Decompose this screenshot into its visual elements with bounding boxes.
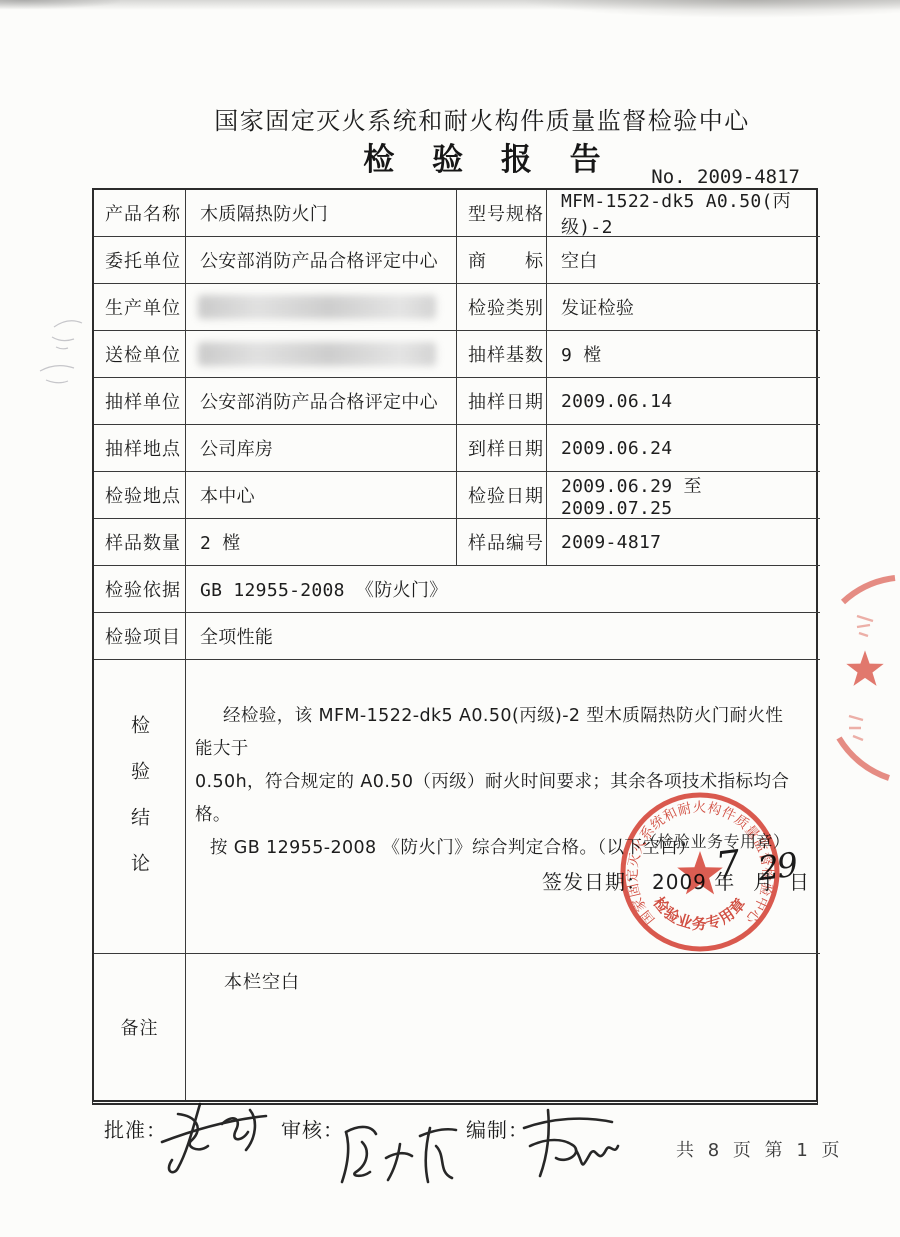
row-label2: 到样日期 — [457, 425, 547, 472]
row-label2: 抽样基数 — [457, 331, 547, 378]
stamp-bottom-text: 检验业务专用章 — [650, 894, 750, 934]
row-value2: MFM-1522-dk5 A0.50(丙级)-2 — [547, 190, 820, 237]
remark-content: 本栏空白 — [186, 954, 820, 1100]
row-value2: 9 樘 — [547, 331, 820, 378]
table-row-manufacturer: 生产单位 检验类别 发证检验 — [94, 284, 816, 331]
edge-stamp-fragment — [833, 570, 900, 790]
edge-stamp-star-icon — [846, 650, 883, 686]
redacted-blur — [198, 342, 436, 366]
conclusion-label-cell: 检验结论 — [94, 660, 186, 954]
conclusion-label: 检验结论 — [126, 715, 153, 899]
row-label: 检验地点 — [94, 472, 186, 519]
row-label: 委托单位 — [94, 237, 186, 284]
row-label2: 样品编号 — [457, 519, 547, 566]
remark-value: 本栏空白 — [186, 954, 300, 994]
svg-text:检验业务专用章: 检验业务专用章 — [650, 894, 750, 934]
remark-label-cell: 备注 — [94, 954, 186, 1100]
row-value: 公安部消防产品合格评定中心 — [186, 378, 457, 425]
table-row-client: 委托单位 公安部消防产品合格评定中心 商 标 空白 — [94, 237, 816, 284]
redacted-blur — [198, 295, 436, 319]
table-row-product: 产品名称 木质隔热防火门 型号规格 MFM-1522-dk5 A0.50(丙级)… — [94, 190, 816, 237]
row-label: 生产单位 — [94, 284, 186, 331]
row-value: 2 樘 — [186, 519, 457, 566]
review-signature — [338, 1120, 464, 1194]
row-label: 样品数量 — [94, 519, 186, 566]
row-value: GB 12955-2008 《防火门》 — [186, 566, 820, 613]
row-value: 木质隔热防火门 — [186, 190, 457, 237]
table-row-test-items: 检验项目 全项性能 — [94, 613, 816, 660]
table-row-test-basis: 检验依据 GB 12955-2008 《防火门》 — [94, 566, 816, 613]
page-info: 共 8 页 第 1 页 — [676, 1136, 844, 1162]
row-label: 送检单位 — [94, 331, 186, 378]
row-value2: 2009.06.24 — [547, 425, 820, 472]
row-label: 检验项目 — [94, 613, 186, 660]
report-number: No. 2009-4817 — [0, 166, 800, 188]
inspection-report-page: 国家固定灭火系统和耐火构件质量监督检验中心 检 验 报 告 No. 2009-4… — [0, 0, 900, 1237]
row-value: 公安部消防产品合格评定中心 — [186, 237, 457, 284]
row-label: 检验依据 — [94, 566, 186, 613]
row-label: 抽样地点 — [94, 425, 186, 472]
prepare-signature — [512, 1106, 624, 1186]
official-stamp: 国家固定灭火系统和耐火构件质量监督检验中心 检验业务专用章 — [619, 791, 781, 953]
conclusion-line: 经检验，该 MFM-1522-dk5 A0.50(丙级)-2 型木质隔热防火门耐… — [195, 700, 795, 766]
scan-smudge — [520, 0, 900, 18]
table-row-sampling-unit: 抽样单位 公安部消防产品合格评定中心 抽样日期 2009.06.14 — [94, 378, 816, 425]
table-row-submitter: 送检单位 抽样基数 9 樘 — [94, 331, 816, 378]
stamp-star-icon — [677, 851, 723, 894]
row-label2: 检验类别 — [457, 284, 547, 331]
row-label2: 型号规格 — [457, 190, 547, 237]
row-value2: 空白 — [547, 237, 820, 284]
row-value: 全项性能 — [186, 613, 820, 660]
row-label: 抽样单位 — [94, 378, 186, 425]
issue-day-suffix: 日 — [789, 866, 809, 895]
row-value-redacted — [186, 284, 457, 331]
row-value-redacted — [186, 331, 457, 378]
table-row-sampling-place: 抽样地点 公司库房 到样日期 2009.06.24 — [94, 425, 816, 472]
table-row-test-place: 检验地点 本中心 检验日期 2009.06.29 至 2009.07.25 — [94, 472, 816, 519]
row-value: 本中心 — [186, 472, 457, 519]
row-label2: 商 标 — [457, 237, 547, 284]
scan-smudge-left — [0, 0, 120, 9]
remark-label: 备注 — [121, 1014, 159, 1040]
row-label2: 检验日期 — [457, 472, 547, 519]
row-value2: 2009.06.14 — [547, 378, 820, 425]
table-row-sample-qty: 样品数量 2 樘 样品编号 2009-4817 — [94, 519, 816, 566]
row-label2: 抽样日期 — [457, 378, 547, 425]
approval-signature — [148, 1098, 274, 1180]
table-row-remark: 备注 本栏空白 — [94, 954, 816, 1100]
org-name: 国家固定灭火系统和耐火构件质量监督检验中心 — [92, 101, 872, 136]
row-value2: 2009.06.29 至 2009.07.25 — [547, 472, 820, 519]
row-value2: 发证检验 — [547, 284, 820, 331]
row-label: 产品名称 — [94, 190, 186, 237]
report-table: 产品名称 木质隔热防火门 型号规格 MFM-1522-dk5 A0.50(丙级)… — [92, 188, 818, 1105]
review-label: 审核： — [281, 1114, 344, 1143]
row-value: 公司库房 — [186, 425, 457, 472]
row-value2: 2009-4817 — [547, 519, 820, 566]
